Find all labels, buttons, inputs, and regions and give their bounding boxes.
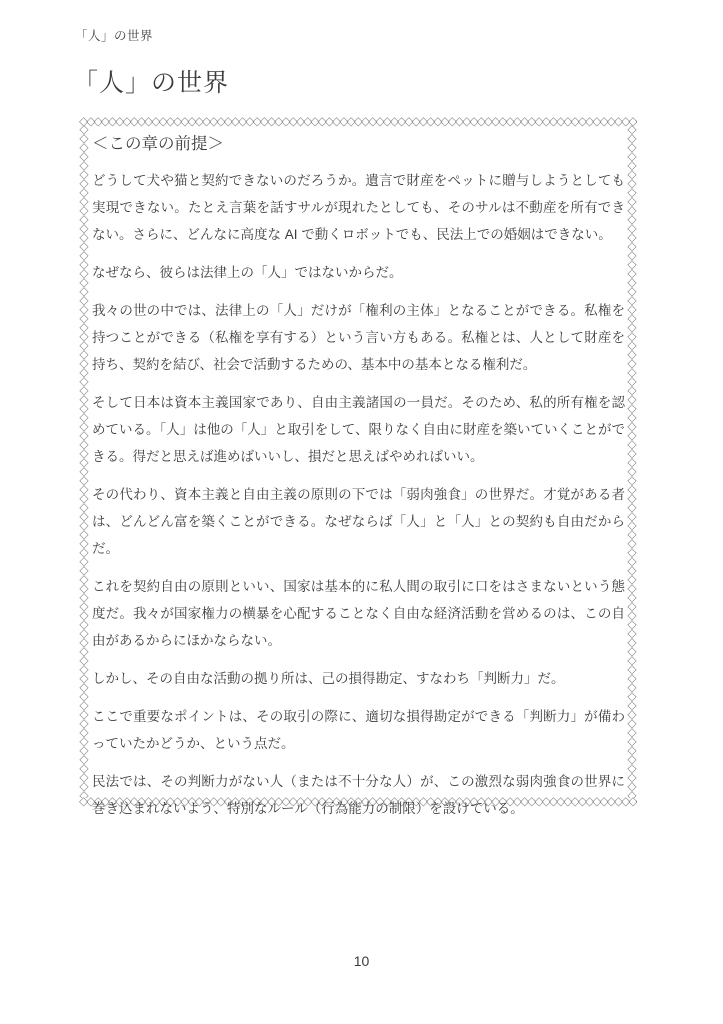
preface-paragraph-3: 我々の世の中では、法律上の「人」だけが「権利の主体」となることができる。私権を持… [92,297,625,378]
preface-paragraph-4: そして日本は資本主義国家であり、自由主義諸国の一員だ。そのため、私的所有権を認め… [92,389,625,470]
running-header: 「人」の世界 [75,26,153,44]
diamond-border-top: ◇◇◇◇◇◇◇◇◇◇◇◇◇◇◇◇◇◇◇◇◇◇◇◇◇◇◇◇◇◇◇◇◇◇◇◇◇◇◇◇… [79,116,637,127]
preface-paragraph-7: しかし、その自由な活動の拠り所は、己の損得勘定、すなわち「判断力」だ。 [92,665,625,692]
preface-box: ◇◇◇◇◇◇◇◇◇◇◇◇◇◇◇◇◇◇◇◇◇◇◇◇◇◇◇◇◇◇◇◇◇◇◇◇◇◇◇◇… [78,116,638,807]
document-page: 「人」の世界 「人」の世界 ◇◇◇◇◇◇◇◇◇◇◇◇◇◇◇◇◇◇◇◇◇◇◇◇◇◇… [0,0,723,1024]
preface-paragraph-2: なぜなら、彼らは法律上の「人」ではないからだ。 [92,259,625,286]
diamond-border-left: ◇ ◇ ◇ ◇ ◇ ◇ ◇ ◇ ◇ ◇ ◇ ◇ ◇ ◇ ◇ ◇ ◇ ◇ ◇ ◇ … [78,125,90,798]
page-number: 10 [0,953,723,969]
preface-paragraph-6: これを契約自由の原則といい、国家は基本的に私人間の取引に口をはさまないという態度… [92,573,625,654]
preface-box-content: ＜この章の前提＞ どうして犬や猫と契約できないのだろうか。遺言で財産をペットに贈… [92,128,625,822]
preface-paragraph-9: 民法では、その判断力がない人（または不十分な人）が、この激烈な弱肉強食の世界に巻… [92,768,625,822]
preface-paragraph-1: どうして犬や猫と契約できないのだろうか。遺言で財産をペットに贈与しようとしても実… [92,167,625,248]
page-title: 「人」の世界 [73,63,229,99]
preface-paragraph-8: ここで重要なポイントは、その取引の際に、適切な損得勘定ができる「判断力」が備わっ… [92,703,625,757]
diamond-border-right: ◇ ◇ ◇ ◇ ◇ ◇ ◇ ◇ ◇ ◇ ◇ ◇ ◇ ◇ ◇ ◇ ◇ ◇ ◇ ◇ … [626,125,638,798]
preface-heading: ＜この章の前提＞ [92,132,625,156]
preface-paragraph-5: その代わり、資本主義と自由主義の原則の下では「弱肉強食」の世界だ。才覚がある者は… [92,481,625,562]
